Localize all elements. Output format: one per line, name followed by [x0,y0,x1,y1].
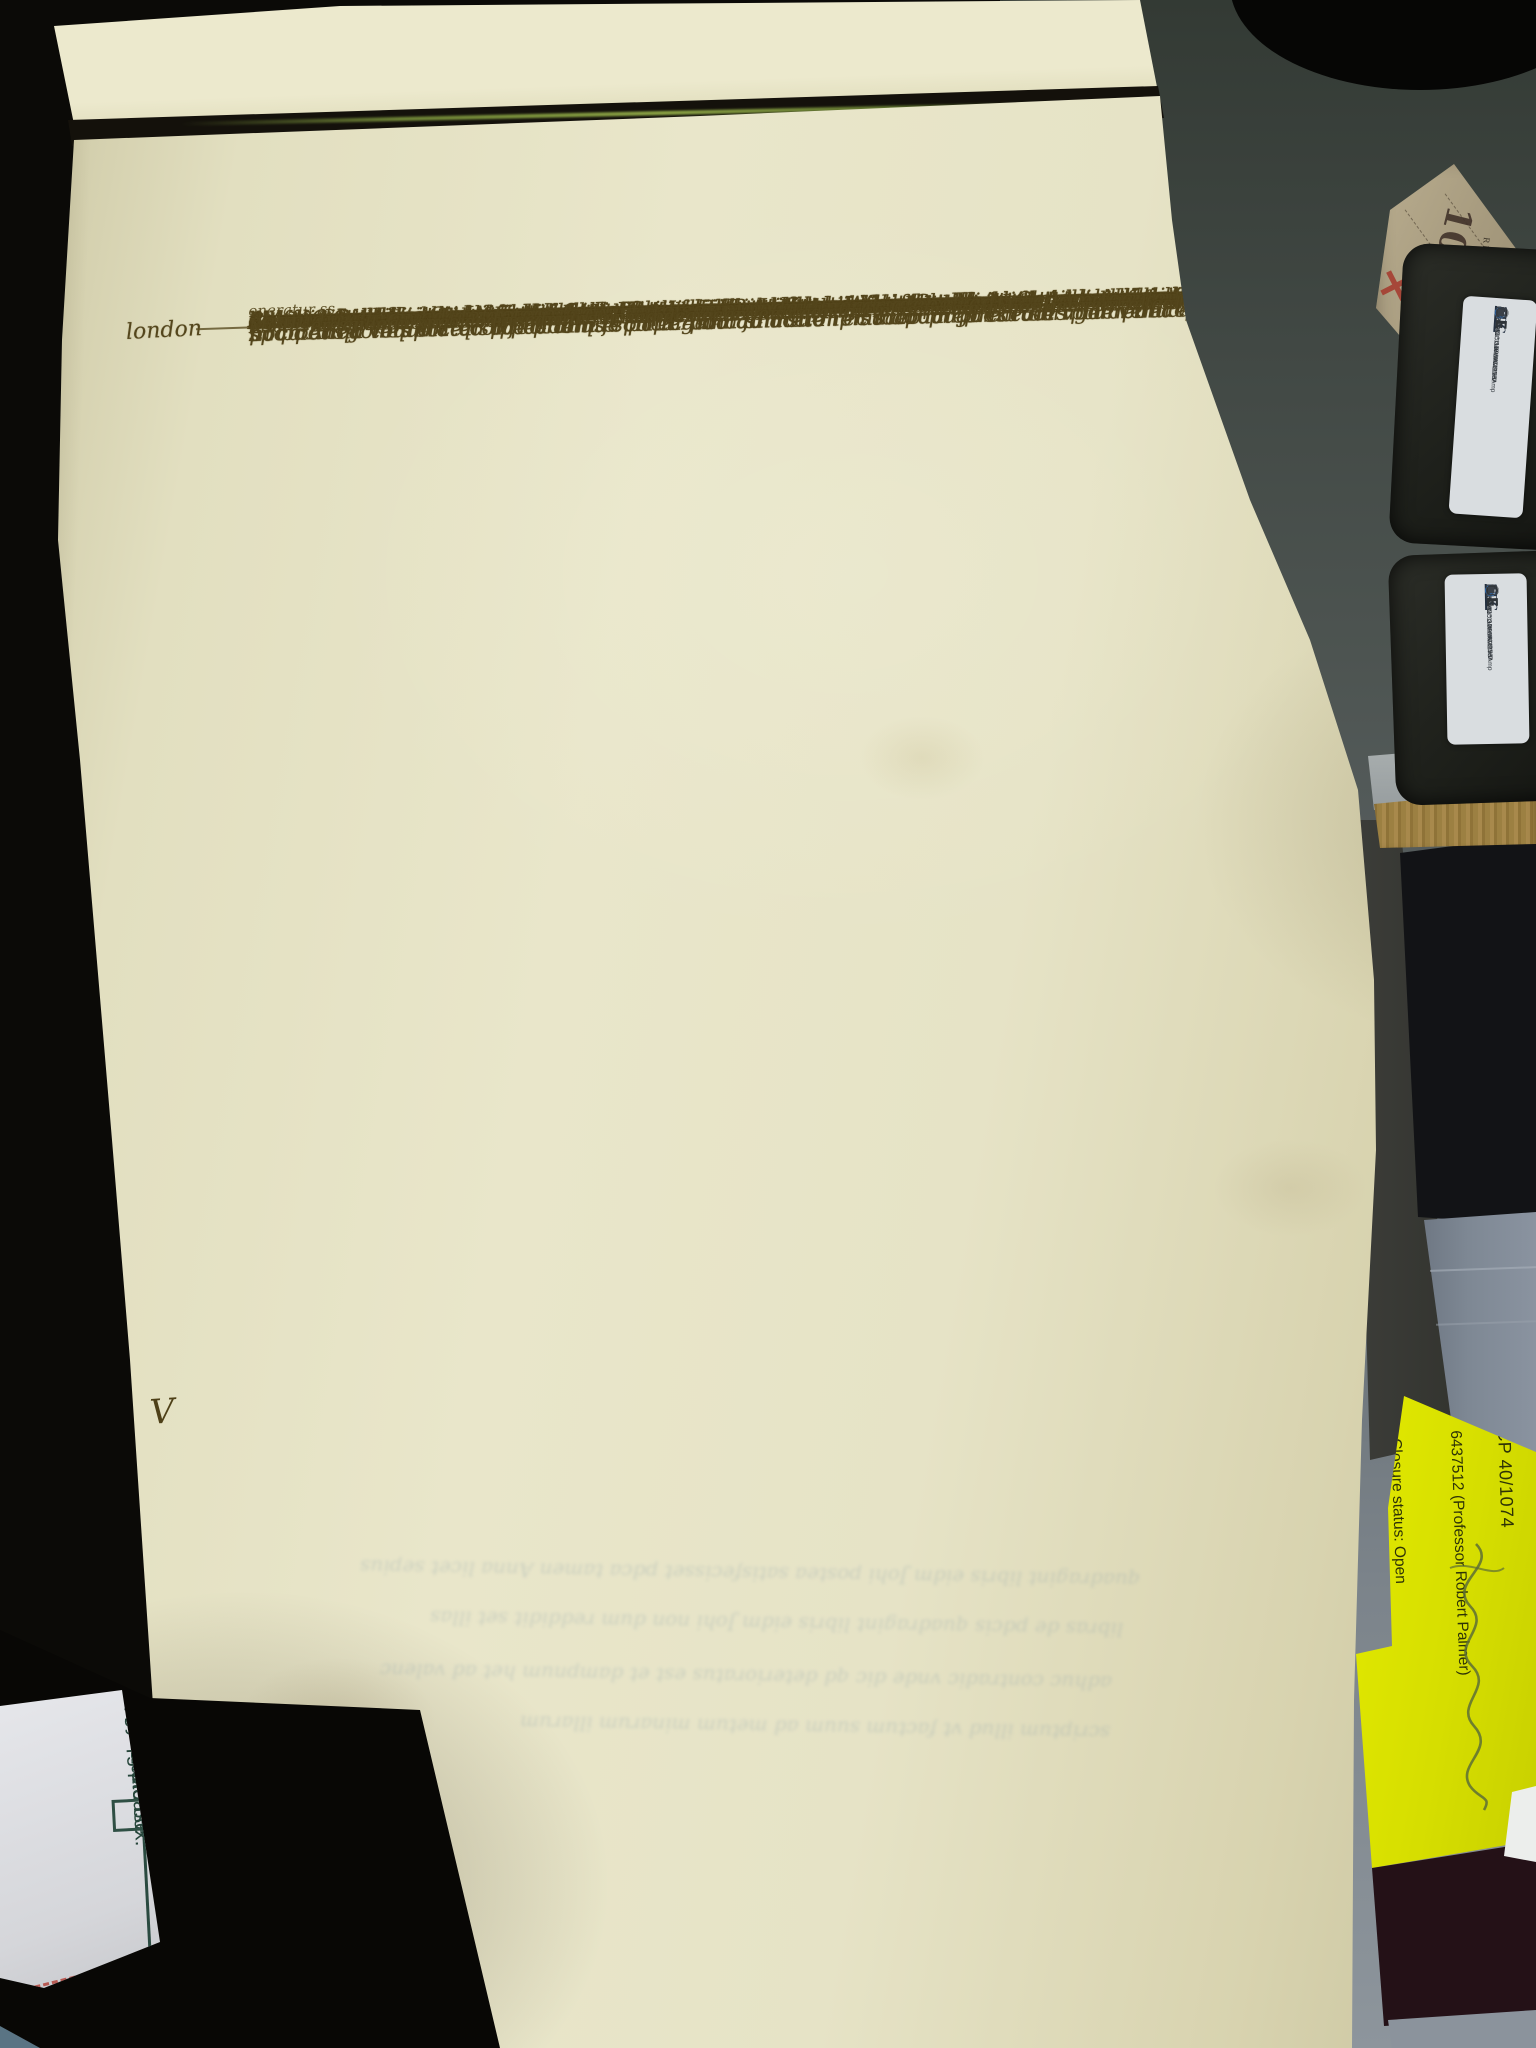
dark-support-slab [1400,835,1536,1225]
margin-note-county: london [125,316,202,345]
crossed-bin-icon: ⊠ [1495,306,1509,318]
adapter-label-top: TDC MODEL NO : D9BA-11WP EINGANG : 240VA… [1448,296,1536,519]
signature-scribble [1440,1538,1510,1818]
margin-letter: V [149,1391,176,1433]
photo-stage: ✕ 107 REPAIRING DA TDC MODEL NO : D9BA-1… [0,0,1536,2048]
reference-number: CP 40/1074 [1493,1428,1517,1528]
enclosure-class-icon: ▣ [1485,584,1498,597]
adapter-label-bottom: TDC MODEL NO : D9BA-11WP EINGANG : 240VA… [1445,573,1530,744]
